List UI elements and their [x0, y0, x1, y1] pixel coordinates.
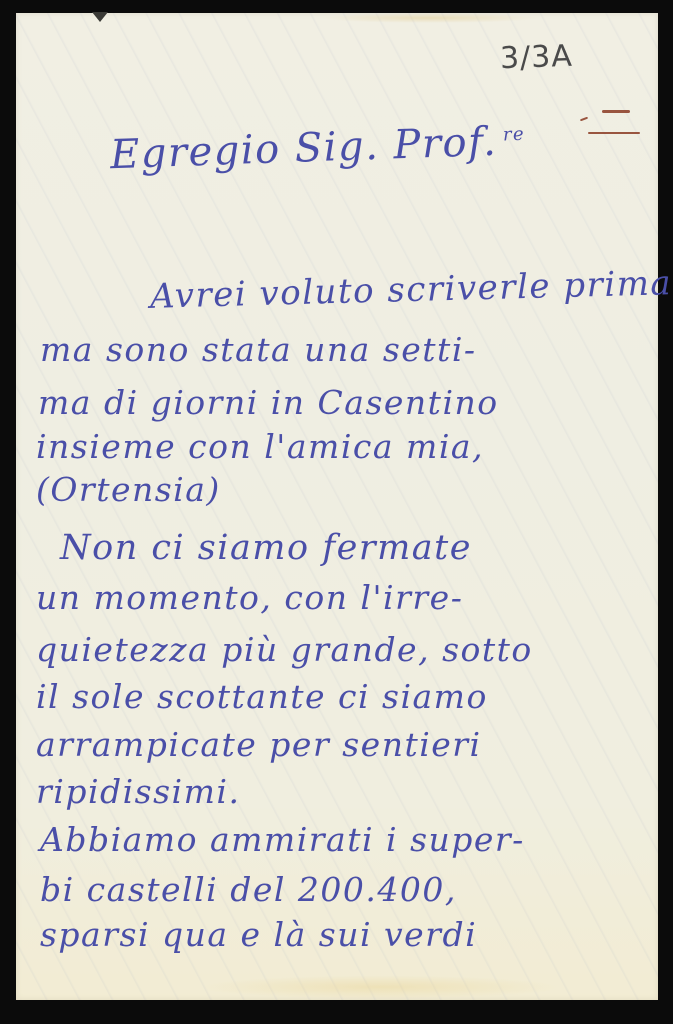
paper-stain-top	[320, 13, 540, 23]
letter-line: arrampicate per sentieri	[36, 725, 482, 764]
letter-line: insieme con l'amica mia,	[36, 427, 484, 466]
letter-line: Abbiamo ammirati i super-	[40, 820, 525, 859]
paper-stain-bottom	[200, 975, 560, 999]
letter-line: ma sono stata una setti-	[40, 330, 477, 369]
paper-notch	[92, 12, 108, 22]
red-ink-mark	[602, 110, 630, 113]
letter-line: ripidissimi.	[36, 772, 240, 811]
letter-line: (Ortensia)	[36, 470, 221, 509]
letter-line: un momento, con l'irre-	[36, 578, 463, 617]
letter-line: il sole scottante ci siamo	[36, 677, 488, 716]
salutation-superscript: re	[503, 123, 526, 145]
red-ink-mark	[588, 132, 640, 134]
archive-reference: 3/3A	[499, 39, 573, 77]
letter-line: sparsi qua e là sui verdi	[40, 915, 477, 954]
letter-line: Non ci siamo fermate	[60, 528, 472, 568]
letter-line: quietezza più grande, sotto	[36, 630, 533, 669]
letter-line: ma di giorni in Casentino	[38, 383, 499, 422]
letter-line: bi castelli del 200.400,	[40, 870, 457, 909]
